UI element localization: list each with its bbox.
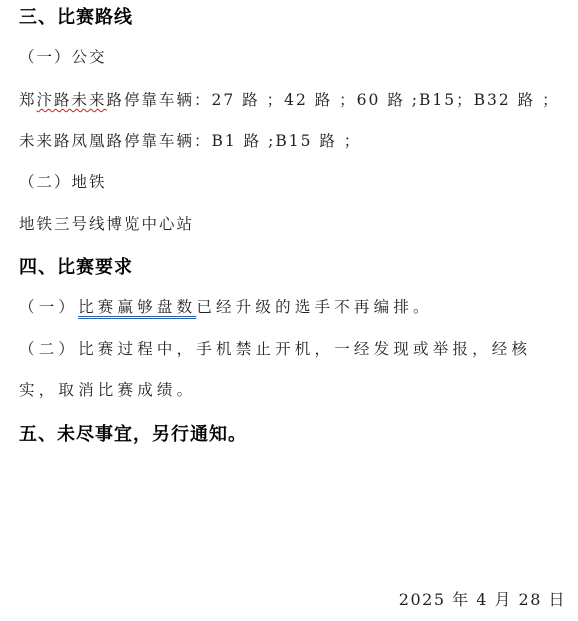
spelling-marked-text[interactable]: 汴路未来 <box>37 91 107 109</box>
route-text-prefix: 郑 <box>19 91 37 109</box>
subsection-title-subway: （二）地铁 <box>19 170 107 192</box>
grammar-marked-text[interactable]: 比赛赢够盘数 <box>78 298 196 316</box>
requirement-item-2-continuation: 实，取消比赛成绩。 <box>19 378 196 400</box>
requirement-prefix: （一） <box>19 298 78 316</box>
requirement-item-2: （二）比赛过程中，手机禁止开机，一经发现或举报，经核 <box>19 337 531 359</box>
subsection-title-bus: （一）公交 <box>19 45 107 67</box>
document-date: 2025 年 4 月 28 日 <box>399 587 566 610</box>
requirement-item-1: （一）比赛赢够盘数已经升级的选手不再编排。 <box>19 295 433 317</box>
route-text-rest: 路停靠车辆：27 路 ；42 路 ；60 路 ;B15；B32 路 ； <box>107 91 560 109</box>
subway-station-line: 地铁三号线博览中心站 <box>19 212 194 234</box>
bus-route-line-1: 郑汴路未来路停靠车辆：27 路 ；42 路 ；60 路 ;B15；B32 路 ； <box>19 88 560 110</box>
section-heading-other: 五、未尽事宜，另行通知。 <box>19 420 247 446</box>
section-heading-routes: 三、比赛路线 <box>19 3 133 29</box>
requirement-rest: 已经升级的选手不再编排。 <box>196 298 432 316</box>
section-heading-requirements: 四、比赛要求 <box>19 253 133 279</box>
bus-route-line-2: 未来路凤凰路停靠车辆：B1 路 ;B15 路 ； <box>19 129 361 151</box>
